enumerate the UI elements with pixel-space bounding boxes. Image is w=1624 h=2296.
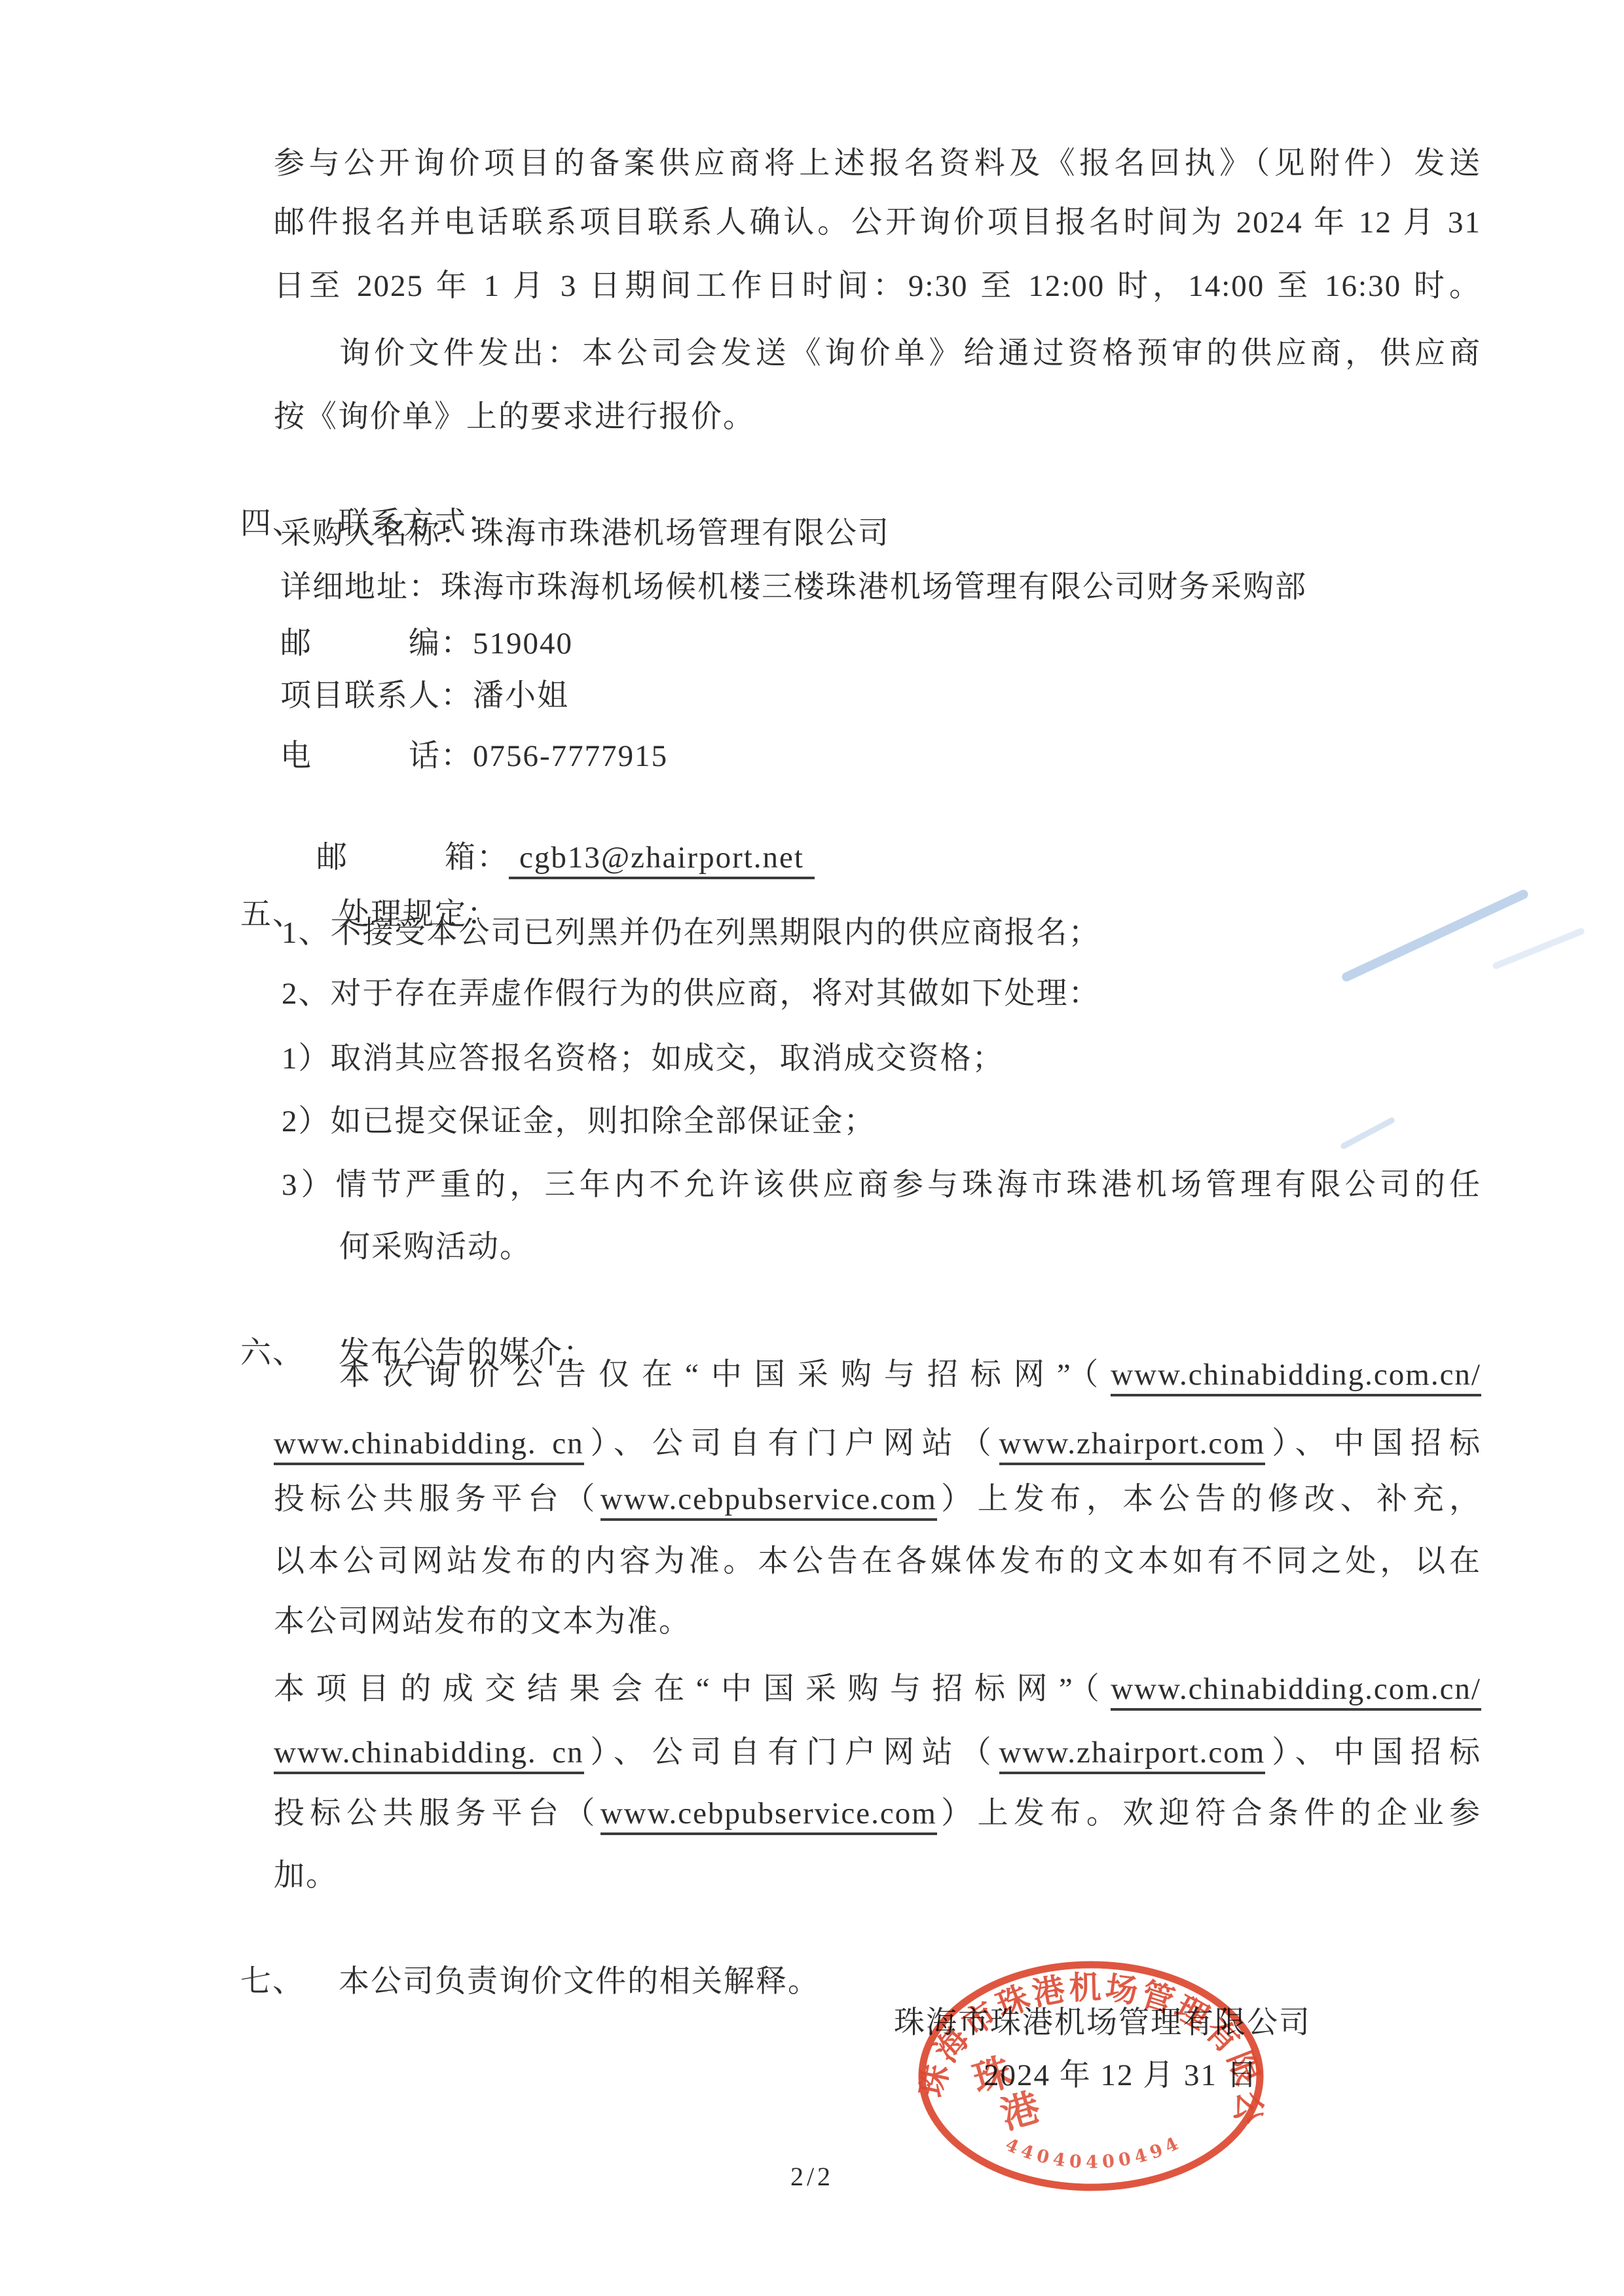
scanned-notice-page: 参与公开询价项目的备案供应商将上述报名资料及《报名回执》（见附件）发送 邮件报名… [0,0,1624,2296]
rule-2-3-line-2: 何采购活动。 [339,1224,532,1270]
media-line-3-pre: 投标公共服务平台（ [274,1482,600,1516]
media-line-3-end: ）上发布，本公告的修改、补充， [937,1482,1481,1516]
seal-center-mark: 珠 港 [969,2045,1044,2141]
field-address: 详细地址：珠海市珠海机场候机楼三楼珠港机场管理有限公司财务采购部 [280,564,1307,610]
media-line-2-mid: ）、公司自有门户网站（ [584,1427,999,1461]
blue-ink-mark-1 [1340,888,1530,983]
seal-arc-text: 珠海市珠港机场管理有限公司 [908,1952,1268,2126]
link-chinabidding-cn-2: www.chinabidding. cn [274,1736,584,1774]
field-buyer-name: 采购人名称：珠海市珠港机场管理有限公司 [280,511,890,556]
blue-ink-mark-3 [1492,927,1585,970]
result-line-3: 投标公共服务平台（www.cebpubservice.com）上发布。欢迎符合条… [274,1791,1481,1836]
result-line-4: 加。 [274,1853,338,1899]
media-line-4: 以本公司网站发布的内容为准。本公告在各媒体发布的文本如有不同之处，以在 [274,1539,1481,1584]
page-number: 2/2 [0,2157,1624,2196]
intro-line-1: 参与公开询价项目的备案供应商将上述报名资料及《报名回执》（见附件）发送 [274,141,1481,187]
result-line-2-mid: ）、公司自有门户网站（ [584,1736,999,1770]
link-cebpubservice-2: www.cebpubservice.com [600,1796,937,1835]
media-line-5: 本公司网站发布的文本为准。 [274,1599,691,1645]
section-6-number: 六、 [240,1336,304,1370]
result-line-1: 本项目的成交结果会在“中国采购与招标网”（www.chinabidding.co… [274,1666,1481,1712]
link-chinabidding-com-cn: www.chinabidding.com.cn/ [1111,1358,1481,1396]
link-zhairport-2: www.zhairport.com [999,1736,1266,1774]
field-postcode: 邮 编：519040 [280,621,573,666]
rule-2-1: 1）取消其应答报名资格；如成交，取消成交资格； [282,1036,1005,1082]
rule-2-2: 2）如已提交保证金，则扣除全部保证金； [282,1099,876,1144]
result-line-3-pre: 投标公共服务平台（ [274,1796,600,1831]
intro-line-2: 邮件报名并电话联系项目联系人确认。公开询价项目报名时间为 2024 年 12 月… [274,200,1481,246]
intro-line-3: 日至 2025 年 1 月 3 日期间工作日时间：9:30 至 12:00 时，… [274,263,1481,309]
media-line-2: www.chinabidding. cn）、公司自有门户网站（www.zhair… [274,1421,1481,1467]
company-seal: 珠海市珠港机场管理有限公司 4404040049419 珠 港 [908,1952,1274,2200]
result-line-3-end: ）上发布。欢迎符合条件的企业参 [937,1796,1481,1831]
result-line-1-text: 本项目的成交结果会在“中国采购与招标网”（ [274,1672,1111,1706]
link-chinabidding-com-cn-2: www.chinabidding.com.cn/ [1111,1672,1481,1711]
media-line-1: 本次询价公告仅在“中国采购与招标网”（www.chinabidding.com.… [339,1352,1481,1398]
email-address: cgb13@zhairport.net [509,841,815,879]
link-zhairport: www.zhairport.com [999,1427,1266,1465]
link-chinabidding-cn: www.chinabidding. cn [274,1427,584,1465]
intro-line-4: 询价文件发出：本公司会发送《询价单》给通过资格预审的供应商，供应商 [339,331,1481,376]
rule-2-3-line-1: 3）情节严重的，三年内不允许该供应商参与珠海市珠港机场管理有限公司的任 [282,1162,1481,1208]
field-contact-person: 项目联系人：潘小姐 [280,673,569,719]
result-line-2-end: ）、中国招标 [1265,1736,1481,1770]
intro-line-5: 按《询价单》上的要求进行报价。 [274,394,755,440]
rule-2: 2、对于存在弄虚作假行为的供应商，将对其做如下处理： [282,971,1101,1017]
media-line-1-text: 本次询价公告仅在“中国采购与招标网”（ [339,1358,1111,1392]
section-7-heading: 七、本公司负责询价文件的相关解释。 [204,1913,820,2050]
section-7-title: 本公司负责询价文件的相关解释。 [339,1965,820,1999]
link-cebpubservice: www.cebpubservice.com [600,1482,937,1521]
blue-ink-mark-2 [1340,1116,1395,1150]
media-line-3: 投标公共服务平台（www.cebpubservice.com）上发布，本公告的修… [274,1476,1481,1522]
section-7-number: 七、 [240,1965,304,1999]
field-phone: 电 话：0756-7777915 [280,733,668,779]
result-line-2: www.chinabidding. cn）、公司自有门户网站（www.zhair… [274,1730,1481,1776]
media-line-2-end: ）、中国招标 [1265,1427,1481,1461]
rule-1: 1、不接受本公司已列黑并仍在列黑期限内的供应商报名； [282,910,1101,956]
